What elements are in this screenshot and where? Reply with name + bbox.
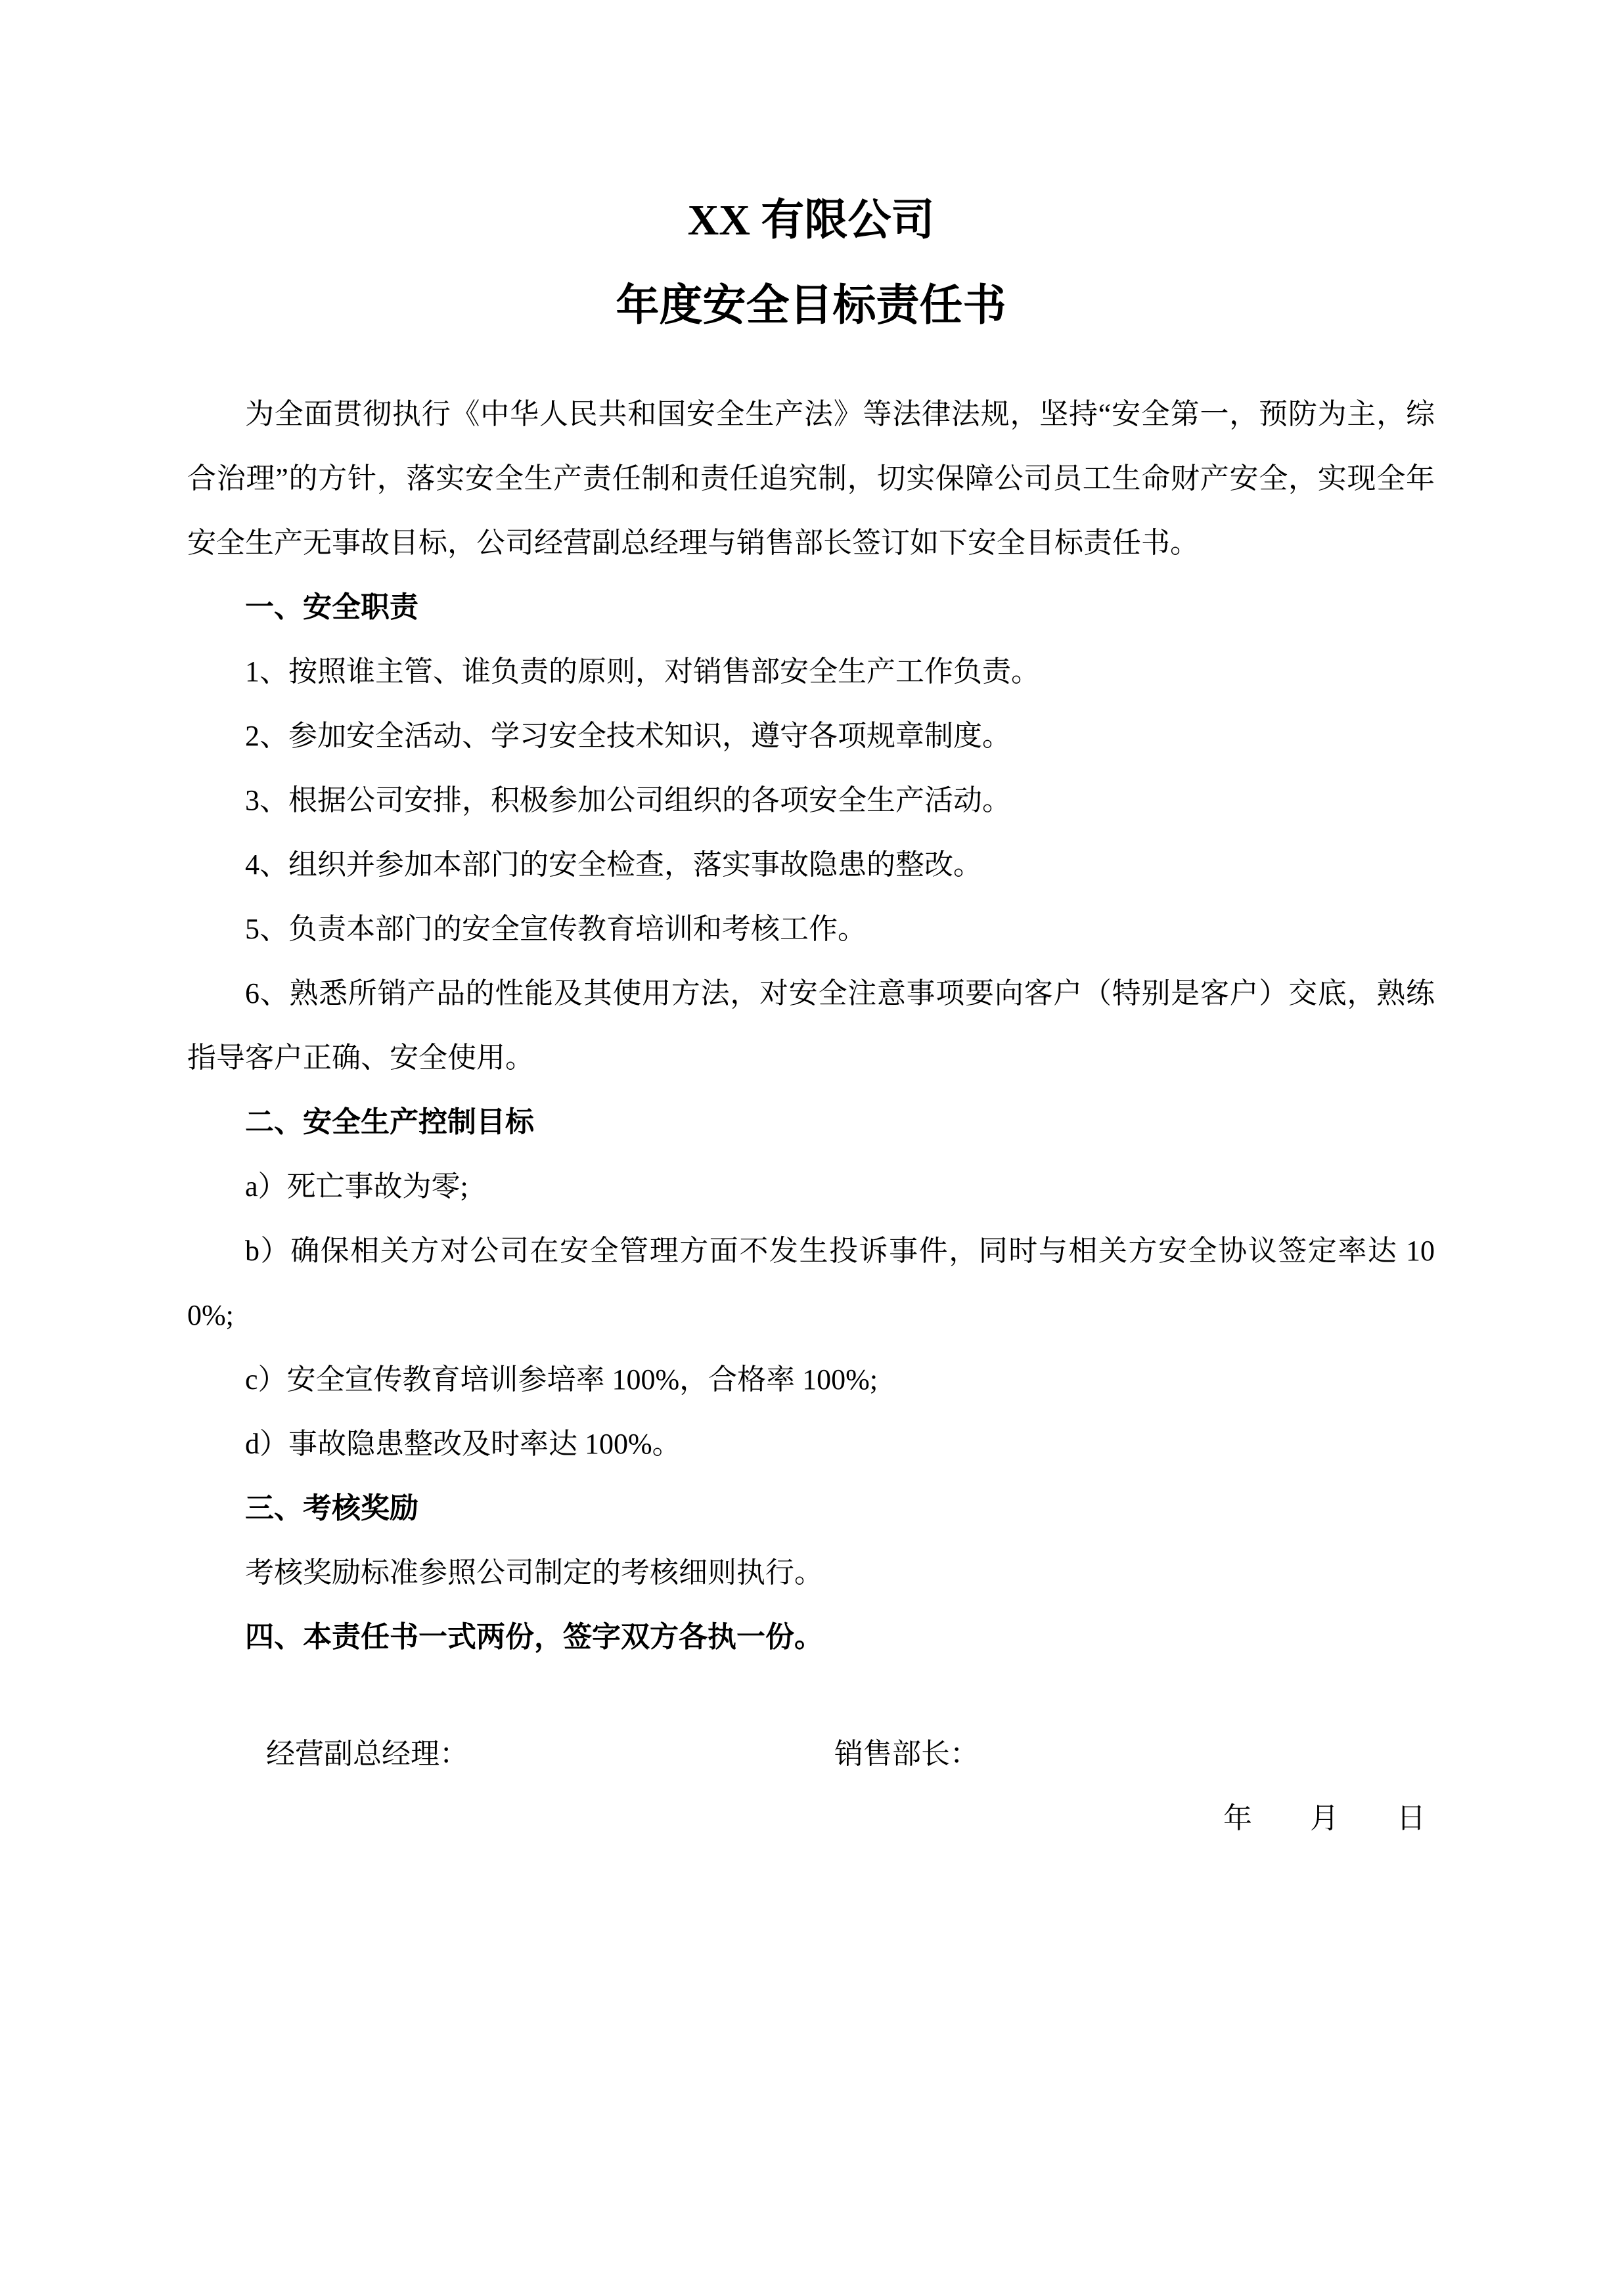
date-line: 年 月 日 xyxy=(187,1786,1435,1851)
section-1-item-1: 1、按照谁主管、谁负责的原则，对销售部安全生产工作负责。 xyxy=(187,640,1435,704)
section-2-item-a: a）死亡事故为零; xyxy=(187,1155,1435,1219)
section-4-heading: 四、本责任书一式两份，签字双方各执一份。 xyxy=(187,1605,1435,1669)
section-1-item-4: 4、组织并参加本部门的安全检查，落实事故隐患的整改。 xyxy=(187,833,1435,897)
section-1-item-2: 2、参加安全活动、学习安全技术知识，遵守各项规章制度。 xyxy=(187,704,1435,768)
section-1-item-5: 5、负责本部门的安全宣传教育培训和考核工作。 xyxy=(187,897,1435,961)
doc-title-company: XX 有限公司 xyxy=(187,196,1435,246)
signature-sales-director-label: 销售部长： xyxy=(834,1722,979,1786)
section-1-item-6: 6、熟悉所销产品的性能及其使用方法，对安全注意事项要向客户（特别是客户）交底，熟… xyxy=(187,961,1435,1090)
signature-row: 经营副总经理： 销售部长： xyxy=(187,1722,1435,1786)
section-1-heading: 一、安全职责 xyxy=(187,575,1435,640)
document-page: XX 有限公司 年度安全目标责任书 为全面贯彻执行《中华人民共和国安全生产法》等… xyxy=(0,0,1622,2296)
section-2-item-c: c）安全宣传教育培训参培率 100%，合格率 100%; xyxy=(187,1348,1435,1412)
section-1-item-3: 3、根据公司安排，积极参加公司组织的各项安全生产活动。 xyxy=(187,768,1435,833)
signature-deputy-gm-label: 经营副总经理： xyxy=(266,1722,468,1786)
intro-paragraph: 为全面贯彻执行《中华人民共和国安全生产法》等法律法规，坚持“安全第一，预防为主，… xyxy=(187,382,1435,575)
section-2-item-b: b）确保相关方对公司在安全管理方面不发生投诉事件，同时与相关方安全协议签定率达 … xyxy=(187,1219,1435,1348)
section-2-item-d: d）事故隐患整改及时率达 100%。 xyxy=(187,1412,1435,1476)
doc-title-subject: 年度安全目标责任书 xyxy=(187,281,1435,331)
section-2-heading: 二、安全生产控制目标 xyxy=(187,1090,1435,1155)
section-3-heading: 三、考核奖励 xyxy=(187,1476,1435,1541)
section-3-body: 考核奖励标准参照公司制定的考核细则执行。 xyxy=(187,1541,1435,1605)
